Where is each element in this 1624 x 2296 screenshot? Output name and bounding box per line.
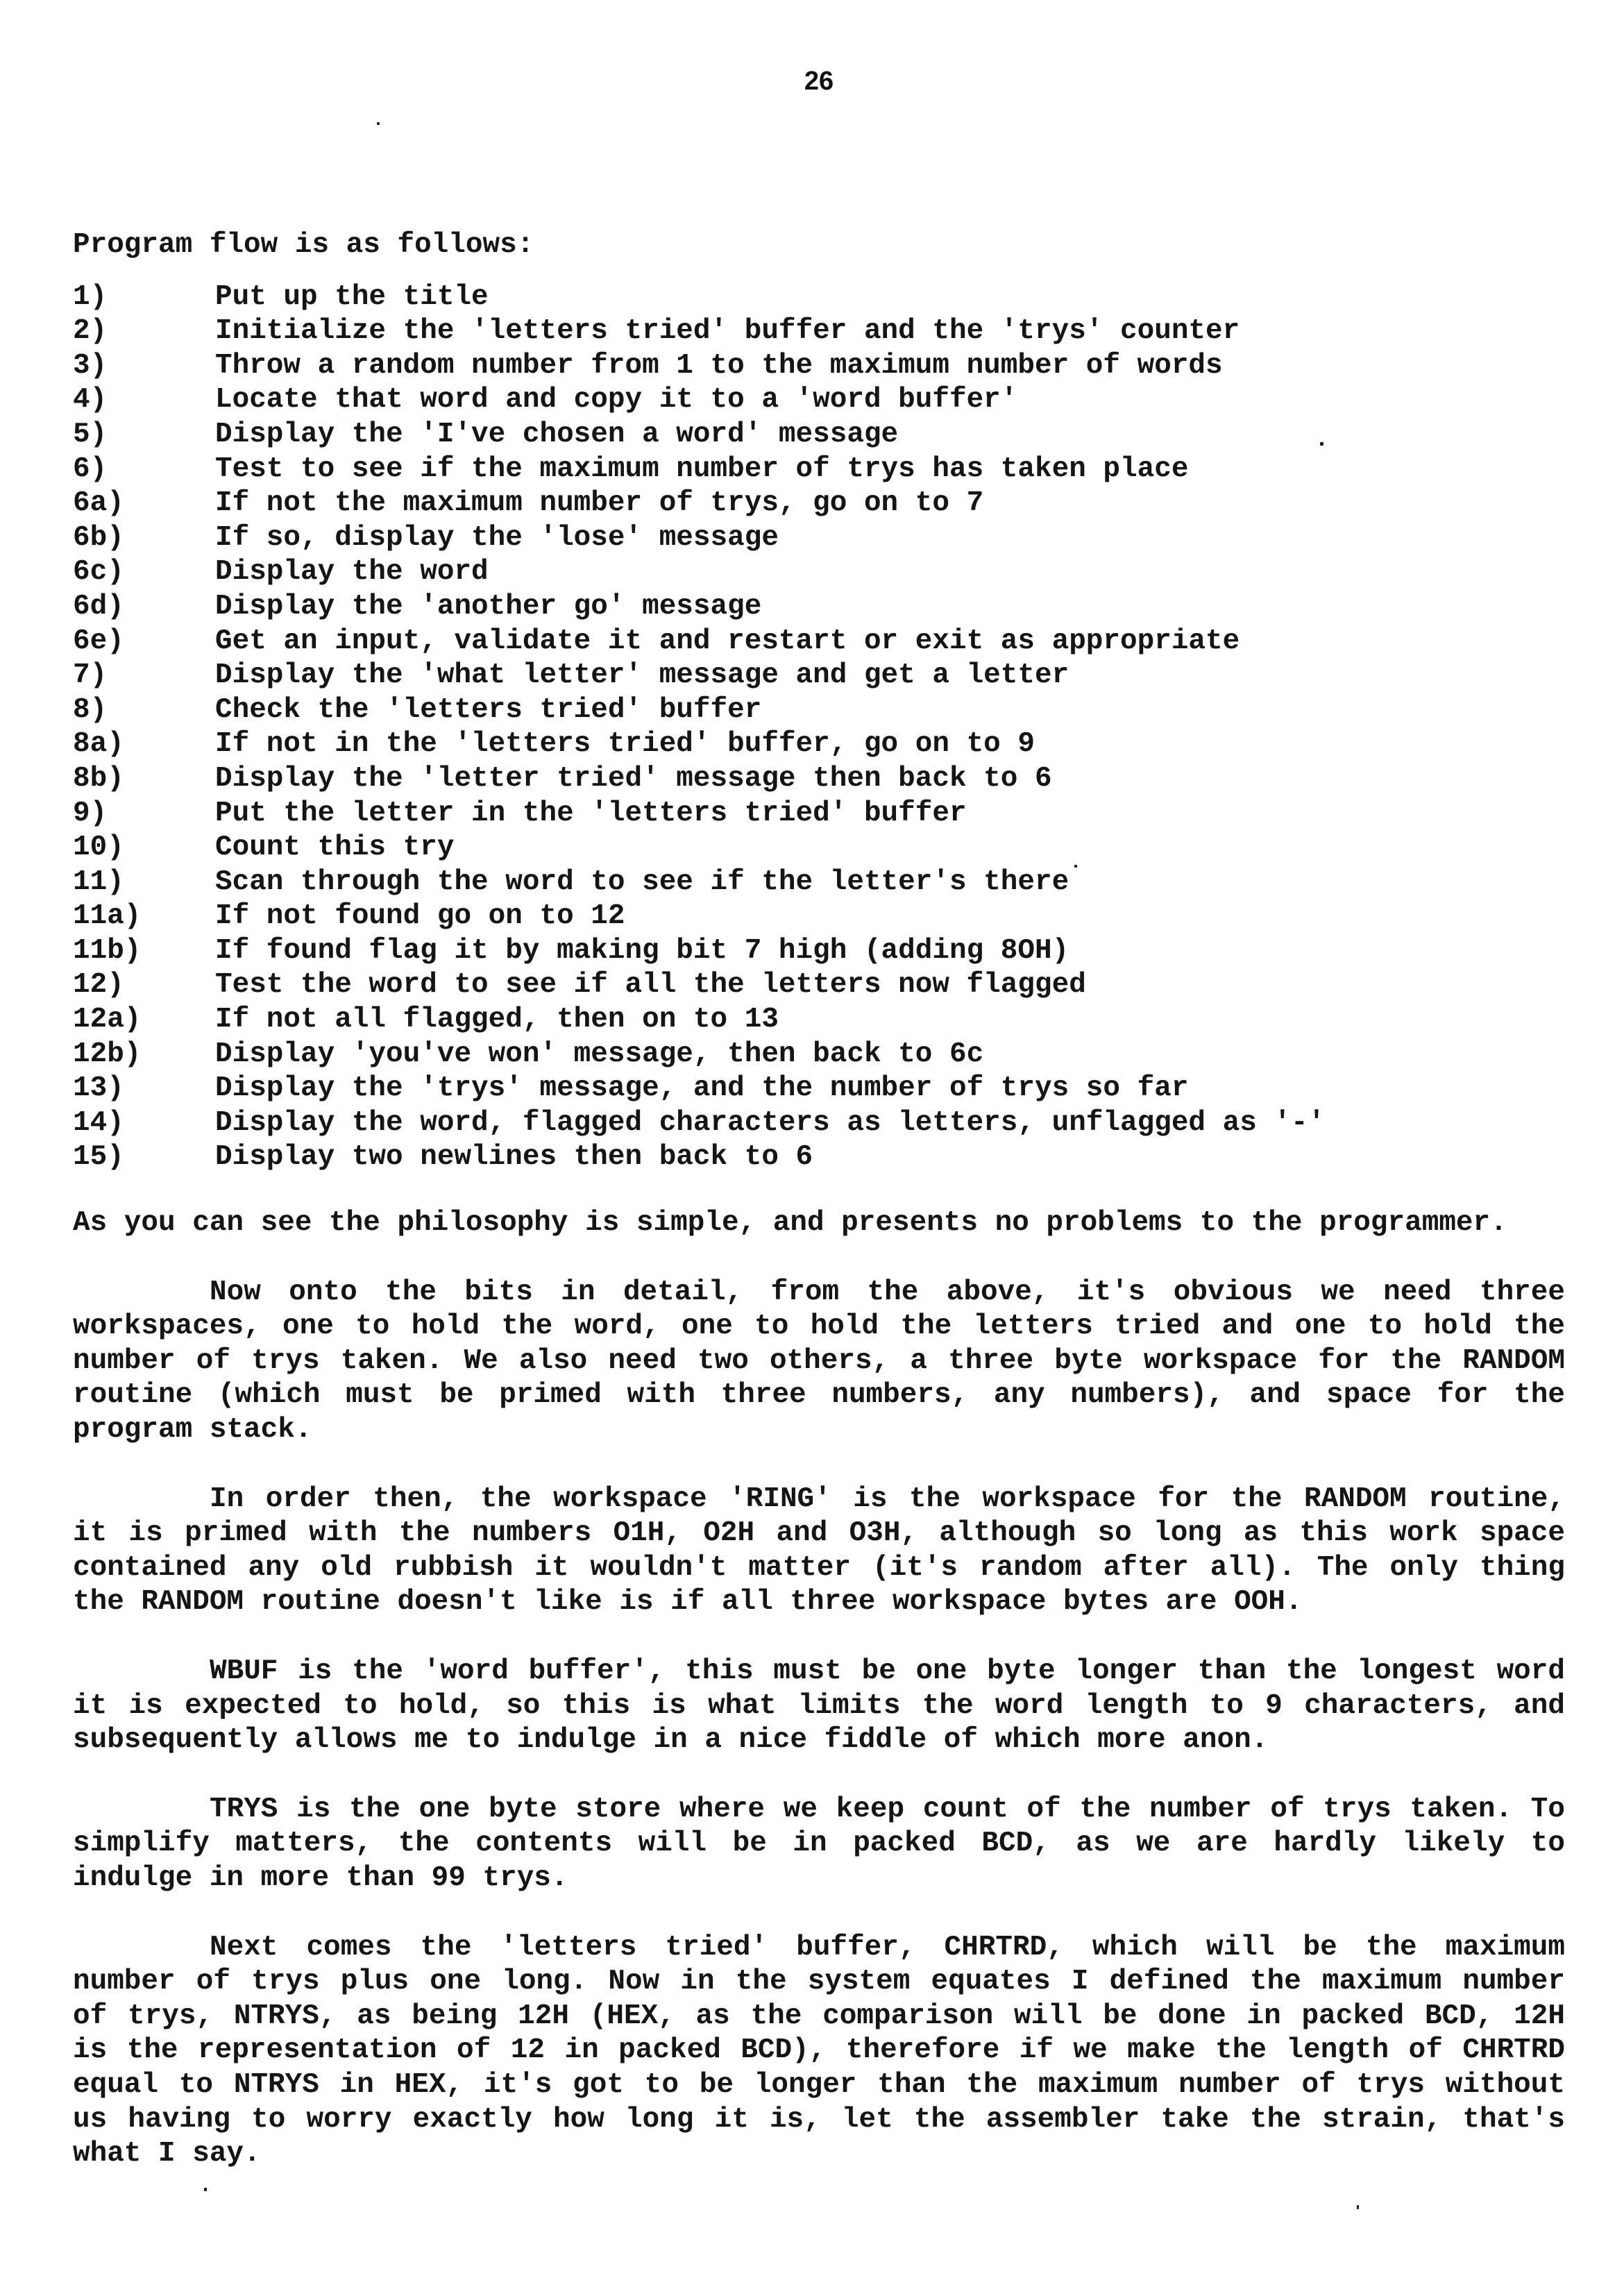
step-row: 6d) Display the 'another go' message [73,590,1565,625]
step-row: 2) Initialize the 'letters tried' buffer… [73,314,1565,349]
paragraph-line: contained any old rubbish it wouldn't ma… [73,1551,1565,1586]
step-row: 11b) If found flag it by making bit 7 hi… [73,934,1565,969]
step-number: 5) [73,418,215,453]
step-row: 3) Throw a random number from 1 to the m… [73,349,1565,384]
step-number: 6) [73,453,215,487]
paragraphs: As you can see the philosophy is simple,… [73,1206,1565,2172]
paragraph-line: it is primed with the numbers O1H, O2H a… [73,1517,1565,1551]
intro-line: Program flow is as follows: [73,228,1565,263]
step-number: 8b) [73,762,215,797]
paragraph-line: us having to worry exactly how long it i… [73,2103,1565,2138]
step-list: 1) Put up the title 2) Initialize the 'l… [73,280,1565,1175]
paragraph-line: what I say. [73,2137,1565,2172]
paragraph-line: In order then, the workspace 'RING' is t… [73,1483,1565,1517]
step-row: 8b) Display the 'letter tried' message t… [73,762,1565,797]
paragraph-line: number of trys plus one long. Now in the… [73,1965,1565,2000]
step-text: Display the word [215,555,1565,590]
step-number: 2) [73,314,215,349]
step-number: 8) [73,693,215,728]
step-number: 10) [73,831,215,866]
paragraph: As you can see the philosophy is simple,… [73,1206,1565,1241]
paragraph-line: Now onto the bits in detail, from the ab… [73,1276,1565,1310]
step-text: If not the maximum number of trys, go on… [215,487,1565,521]
paragraph: Now onto the bits in detail, from the ab… [73,1276,1565,1448]
paragraph-line: routine (which must be primed with three… [73,1378,1565,1413]
step-number: 11) [73,866,215,900]
step-text: Throw a random number from 1 to the maxi… [215,349,1565,384]
paragraph-line: simplify matters, the contents will be i… [73,1827,1565,1862]
step-number: 9) [73,797,215,832]
step-text: Put the letter in the 'letters tried' bu… [215,797,1565,832]
paragraph-line: number of trys taken. We also need two o… [73,1344,1565,1379]
paragraph: WBUF is the 'word buffer', this must be … [73,1655,1565,1758]
paragraph-line: TRYS is the one byte store where we keep… [73,1793,1565,1827]
step-number: 4) [73,383,215,418]
step-number: 11a) [73,900,215,934]
scan-speck [1074,865,1077,868]
step-number: 6b) [73,521,215,556]
step-text: Display the 'what letter' message and ge… [215,659,1565,693]
step-row: 6a) If not the maximum number of trys, g… [73,487,1565,521]
step-row: 7) Display the 'what letter' message and… [73,659,1565,693]
step-text: Put up the title [215,280,1565,315]
scan-speck [1357,2205,1359,2209]
step-text: If not in the 'letters tried' buffer, go… [215,727,1565,762]
step-row: 6b) If so, display the 'lose' message [73,521,1565,556]
step-row: 12a) If not all flagged, then on to 13 [73,1003,1565,1038]
step-text: Initialize the 'letters tried' buffer an… [215,314,1565,349]
step-text: Get an input, validate it and restart or… [215,625,1565,659]
document-page: 26 Program flow is as follows: 1) Put up… [0,0,1624,2296]
step-row: 1) Put up the title [73,280,1565,315]
paragraph-line: WBUF is the 'word buffer', this must be … [73,1655,1565,1689]
step-row: 12) Test the word to see if all the lett… [73,968,1565,1003]
step-text: Display the 'letter tried' message then … [215,762,1565,797]
paragraph-line: subsequently allows me to indulge in a n… [73,1723,1565,1758]
step-number: 1) [73,280,215,315]
paragraph-line: program stack. [73,1413,1565,1448]
paragraph: In order then, the workspace 'RING' is t… [73,1483,1565,1620]
step-number: 3) [73,349,215,384]
scan-speck [1320,442,1323,446]
step-number: 6c) [73,555,215,590]
step-text: Test the word to see if all the letters … [215,968,1565,1003]
paragraph-line: of trys, NTRYS, as being 12H (HEX, as th… [73,2000,1565,2034]
step-row: 9) Put the letter in the 'letters tried'… [73,797,1565,832]
step-number: 14) [73,1106,215,1141]
step-text: Scan through the word to see if the lett… [215,866,1565,900]
step-row: 11) Scan through the word to see if the … [73,866,1565,900]
step-text: If not found go on to 12 [215,900,1565,934]
step-text: Display 'you've won' message, then back … [215,1038,1565,1072]
step-text: Check the 'letters tried' buffer [215,693,1565,728]
step-row: 8a) If not in the 'letters tried' buffer… [73,727,1565,762]
step-row: 6c) Display the word [73,555,1565,590]
paragraph-line: As you can see the philosophy is simple,… [73,1206,1565,1241]
step-row: 15) Display two newlines then back to 6 [73,1140,1565,1175]
step-row: 12b) Display 'you've won' message, then … [73,1038,1565,1072]
step-text: Display the 'trys' message, and the numb… [215,1072,1565,1106]
step-row: 5) Display the 'I've chosen a word' mess… [73,418,1565,453]
scan-speck [204,2188,207,2191]
paragraph: TRYS is the one byte store where we keep… [73,1793,1565,1896]
step-number: 6a) [73,487,215,521]
paragraph-line: equal to NTRYS in HEX, it's got to be lo… [73,2068,1565,2103]
step-text: Display two newlines then back to 6 [215,1140,1565,1175]
paragraph-line: the RANDOM routine doesn't like is if al… [73,1585,1565,1620]
step-row: 4) Locate that word and copy it to a 'wo… [73,383,1565,418]
paragraph-line: it is expected to hold, so this is what … [73,1689,1565,1724]
step-row: 6) Test to see if the maximum number of … [73,453,1565,487]
step-text: Count this try [215,831,1565,866]
step-number: 6d) [73,590,215,625]
paragraph: Next comes the 'letters tried' buffer, C… [73,1931,1565,2172]
step-text: If found flag it by making bit 7 high (a… [215,934,1565,969]
step-row: 11a) If not found go on to 12 [73,900,1565,934]
step-text: Display the word, flagged characters as … [215,1106,1565,1141]
paragraph-line: Next comes the 'letters tried' buffer, C… [73,1931,1565,1966]
paragraph-line: is the representation of 12 in packed BC… [73,2034,1565,2068]
step-text: If so, display the 'lose' message [215,521,1565,556]
page-number: 26 [73,66,1565,96]
step-number: 15) [73,1140,215,1175]
step-number: 7) [73,659,215,693]
scan-speck [377,122,380,125]
step-text: Test to see if the maximum number of try… [215,453,1565,487]
step-number: 6e) [73,625,215,659]
paragraph-line: workspaces, one to hold the word, one to… [73,1310,1565,1344]
paragraph-line: indulge in more than 99 trys. [73,1862,1565,1896]
step-number: 13) [73,1072,215,1106]
step-number: 12b) [73,1038,215,1072]
step-row: 6e) Get an input, validate it and restar… [73,625,1565,659]
step-number: 8a) [73,727,215,762]
step-row: 10) Count this try [73,831,1565,866]
step-number: 12) [73,968,215,1003]
step-row: 14) Display the word, flagged characters… [73,1106,1565,1141]
step-number: 11b) [73,934,215,969]
step-text: Display the 'I've chosen a word' message [215,418,1565,453]
step-text: Display the 'another go' message [215,590,1565,625]
step-row: 13) Display the 'trys' message, and the … [73,1072,1565,1106]
step-text: Locate that word and copy it to a 'word … [215,383,1565,418]
step-number: 12a) [73,1003,215,1038]
step-row: 8) Check the 'letters tried' buffer [73,693,1565,728]
step-text: If not all flagged, then on to 13 [215,1003,1565,1038]
